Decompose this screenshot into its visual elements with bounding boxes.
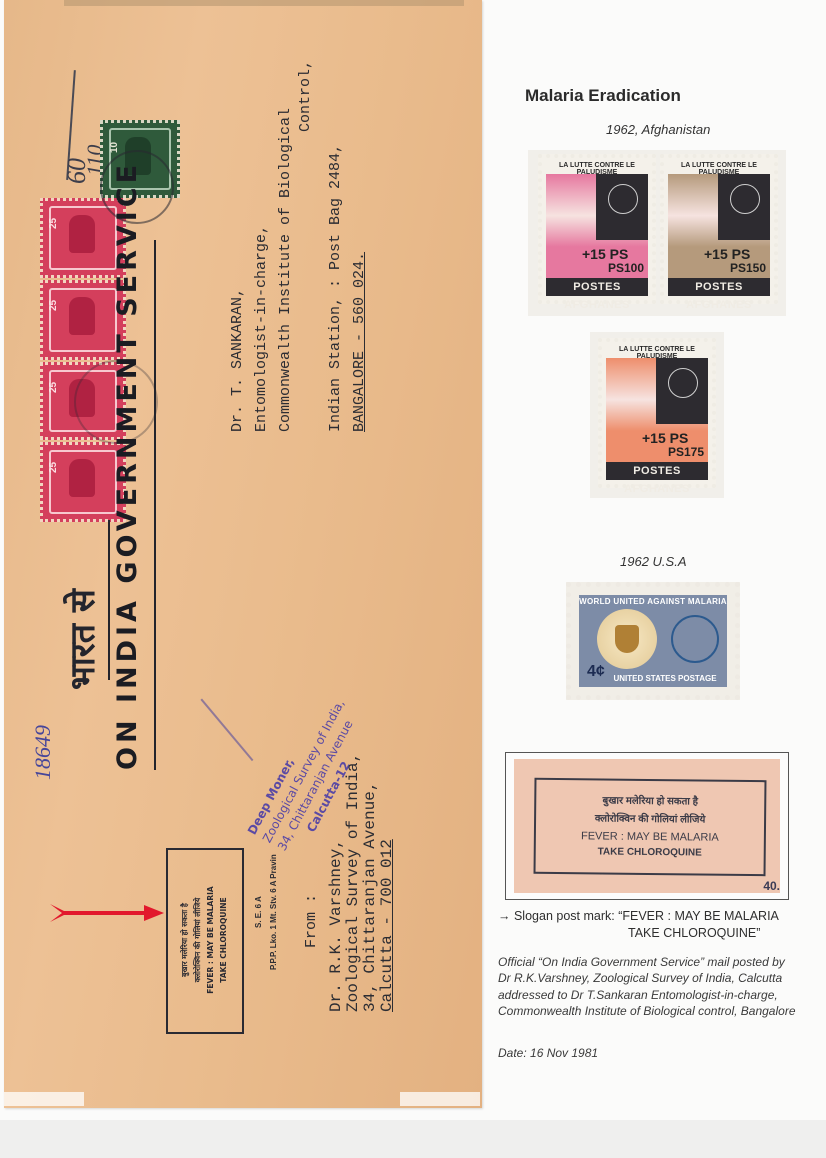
page-title: Malaria Eradication [525,86,681,106]
usa-heading: 1962 U.S.A [620,554,687,569]
red-arrow-icon [48,900,166,926]
hindi-title-underline [108,520,110,680]
sender-label: From : [300,894,324,948]
globe-serpent-icon [671,615,719,663]
addressee-line: Indian Station, : Post Bag 2484, [324,60,348,432]
hinge-tape [4,1092,84,1106]
addressee-line: Entomologist-in-charge, [250,60,274,432]
official-service-title: ON INDIA GOVERNMENT SERVICE [112,161,143,770]
envelope-cover: 60 110 10 25 25 25 25 ON INDIA GOVERNMEN… [4,0,482,1108]
envelope-top-edge [64,0,464,6]
cover-description: Official “On India Government Service” m… [498,954,798,1020]
lion-capital-icon [69,215,95,253]
title-underline [154,240,156,770]
scan-bottom-strip [0,1120,826,1158]
addressee-line: Dr. T. SANKARAN, [226,60,250,432]
addressee-line: BANGALORE - 560 024. [348,60,372,432]
who-malaria-emblem-icon [596,174,648,240]
sender-block: Dr. R.K. Varshney, Zoological Survey of … [328,753,396,1012]
stamp-usa-malaria-4c: WORLD UNITED AGAINST MALARIA 4¢ UNITED S… [566,582,740,700]
slogan-postmark-enlarged: बुखार मलेरिया हो सकता है क्लोरोक्विन की … [505,752,789,900]
ink-reference-number: 18649 [30,725,56,780]
afghanistan-heading: 1962, Afghanistan [606,122,710,137]
who-malaria-emblem-icon [656,358,708,424]
stamp-afghanistan-175: LA LUTTE CONTRE LE PALUDISME +15 PS PS17… [598,338,716,488]
lion-capital-icon [69,297,95,335]
signature-stroke [200,699,253,761]
hinge-tape [400,1092,480,1106]
slogan-postmark: बुखार मलेरिया हो सकता है क्लोरोक्विन की … [166,848,244,1034]
stamp-afghanistan-150: LA LUTTE CONTRE LE PALUDISME +15 PS PS15… [660,154,778,304]
addressee-block: Dr. T. SANKARAN, Entomologist-in-charge,… [226,60,372,432]
slogan-caption: → Slogan post mark: “FEVER : MAY BE MALA… [498,908,779,942]
cover-date: Date: 16 Nov 1981 [498,1046,598,1060]
printer-imprint: S. E. 6 A P.P.P. Lko. 1 Mt. Stv. 6 A Pra… [254,854,278,970]
eagle-seal-icon [615,625,639,653]
pencil-fraction-note: 60 110 [60,64,100,184]
lion-capital-icon [69,459,95,497]
stamp-afghanistan-100: LA LUTTE CONTRE LE PALUDISME +15 PS PS10… [538,154,656,304]
hindi-title: भारत से [58,589,104,690]
who-malaria-emblem-icon [718,174,770,240]
